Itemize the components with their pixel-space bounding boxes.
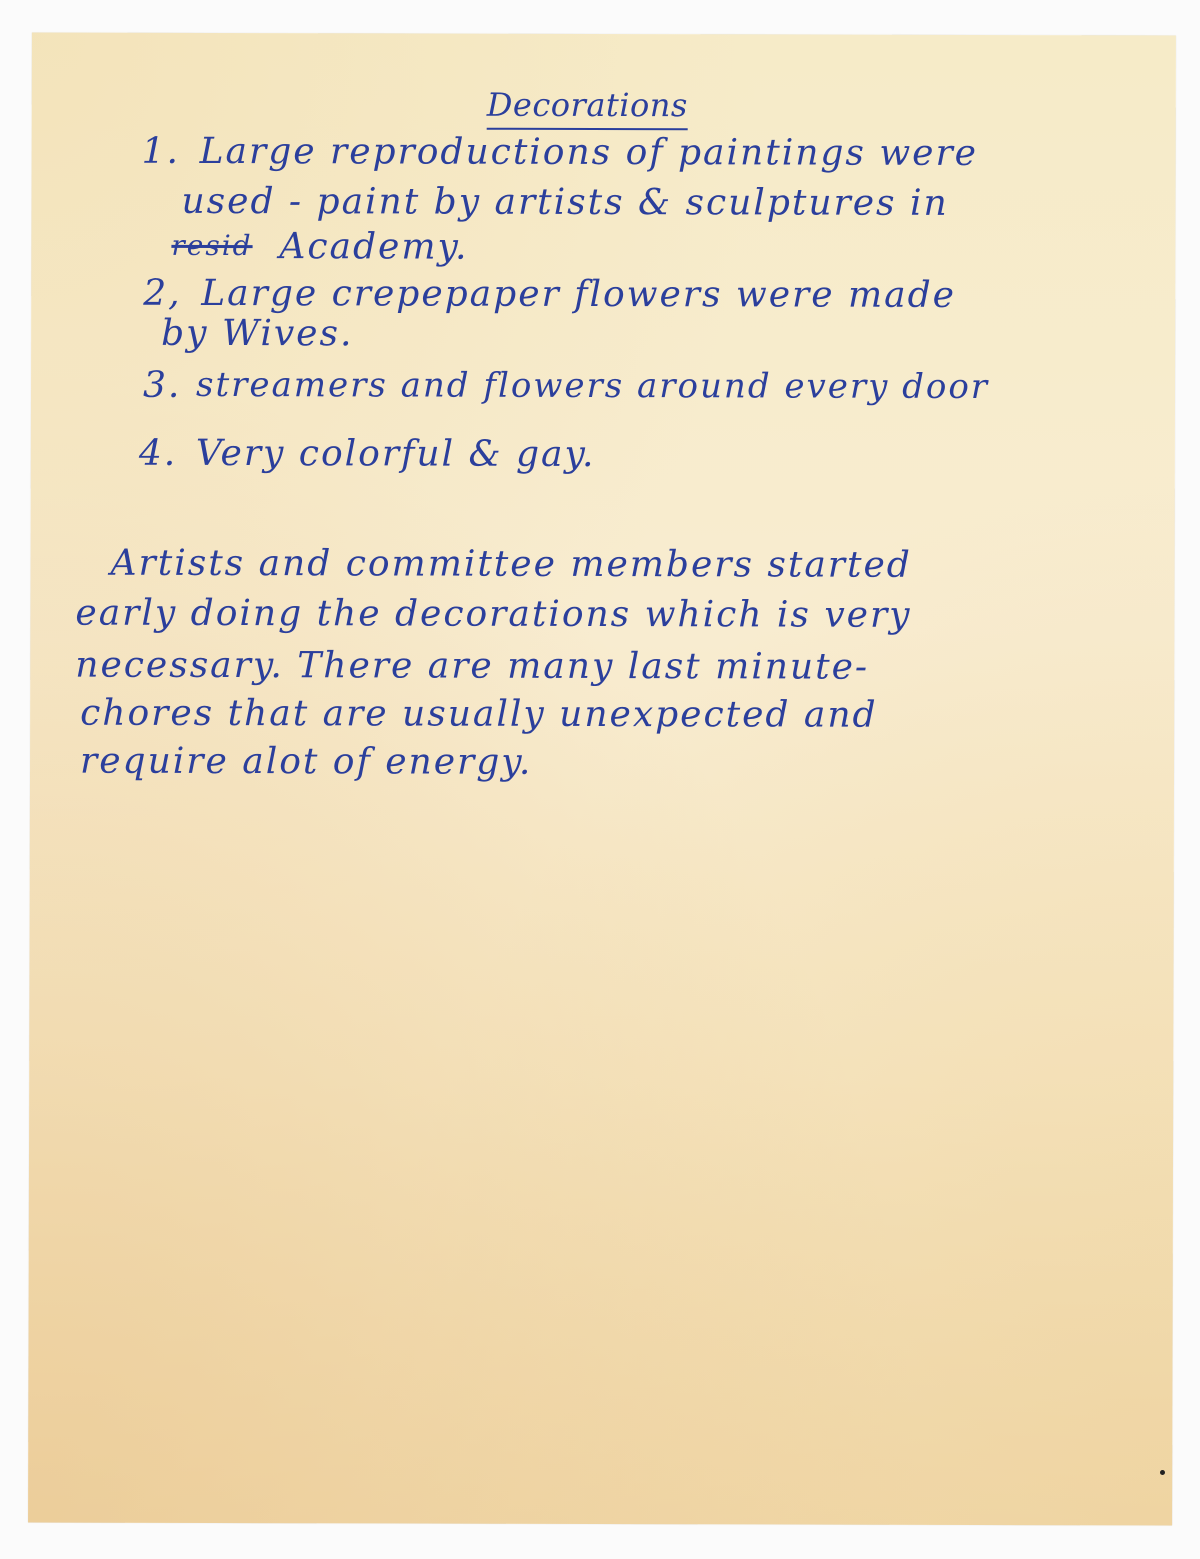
- ink-speck: [1160, 1470, 1165, 1475]
- paragraph-line-3: necessary. There are many last minute-: [75, 645, 869, 688]
- list-item-1-number: 1.: [142, 131, 180, 172]
- list-item-4-number: 4.: [139, 433, 177, 474]
- list-item-4-line-1: Very colorful & gay.: [196, 433, 596, 475]
- list-item-1-line-3: Academy.: [279, 226, 468, 267]
- scanned-page: Decorations 1. Large reproductions of pa…: [0, 0, 1200, 1559]
- paragraph-line-4: chores that are usually unexpected and: [80, 693, 878, 736]
- paragraph-line-2: early doing the decorations which is ver…: [75, 593, 911, 636]
- list-item-2-number: 2,: [143, 273, 181, 314]
- list-item-3-number: 3.: [143, 365, 181, 406]
- paper-sheet: Decorations 1. Large reproductions of pa…: [28, 33, 1176, 1526]
- list-item-1-line-1: Large reproductions of paintings were: [200, 131, 978, 174]
- list-item-2-line-1: Large crepepaper flowers were made: [201, 273, 956, 316]
- document-title: Decorations: [487, 86, 688, 131]
- list-item-1-line-2: used - paint by artists & sculptures in: [181, 181, 948, 224]
- paragraph-line-5: require alot of energy.: [80, 741, 532, 783]
- struck-out-word: resid: [171, 229, 252, 262]
- list-item-3-line-1: streamers and flowers around every door: [196, 365, 989, 407]
- paragraph-line-1: Artists and committee members started: [111, 543, 912, 586]
- list-item-2-line-2: by Wives.: [161, 313, 353, 355]
